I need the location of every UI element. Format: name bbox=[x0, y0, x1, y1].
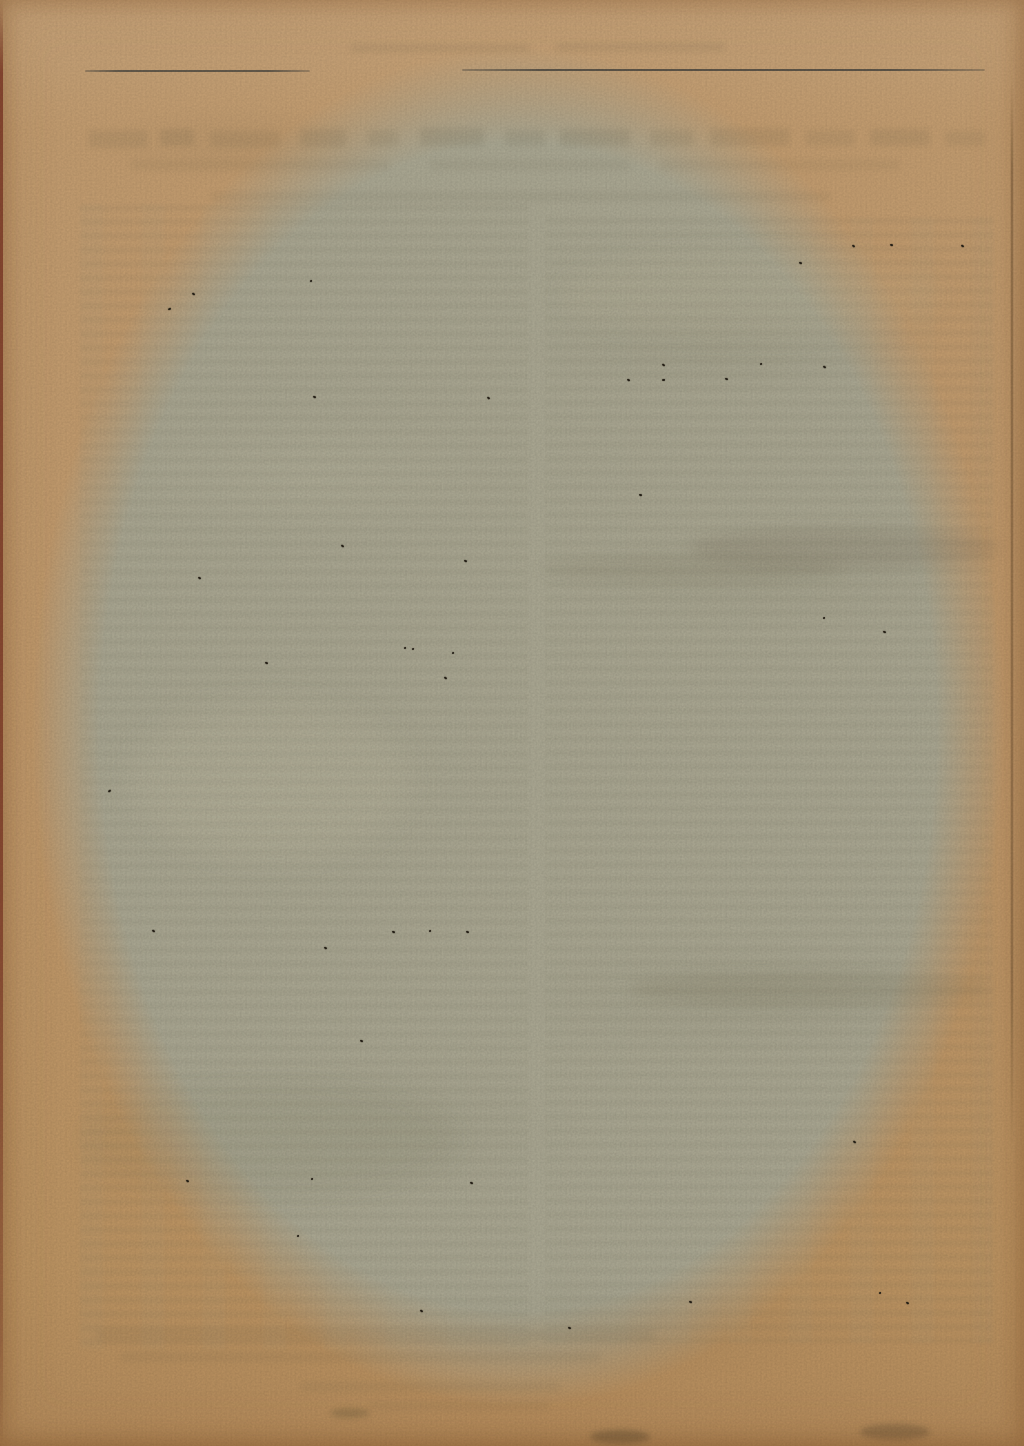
ink-speck bbox=[404, 647, 406, 649]
ink-speck bbox=[464, 559, 468, 562]
ink-speck bbox=[313, 395, 317, 398]
ink-speck bbox=[444, 676, 448, 679]
horizontal-rule bbox=[85, 70, 310, 72]
faded-text-fragment bbox=[370, 1402, 550, 1410]
paper-stain bbox=[630, 972, 990, 1006]
ink-speck bbox=[879, 1292, 881, 1294]
faded-text-fragment bbox=[430, 160, 630, 170]
ink-speck bbox=[341, 544, 345, 547]
ink-speck bbox=[853, 1140, 857, 1143]
ghost-text-column bbox=[80, 205, 528, 1350]
faded-text-fragment bbox=[555, 43, 725, 51]
ink-speck bbox=[429, 930, 431, 932]
ink-speck bbox=[420, 1309, 424, 1312]
ink-speck bbox=[568, 1326, 572, 1329]
faded-text-fragment bbox=[505, 130, 545, 146]
ink-speck bbox=[192, 292, 196, 295]
ink-speck bbox=[823, 617, 825, 619]
ink-speck bbox=[627, 378, 631, 381]
paper-stain bbox=[80, 1080, 460, 1200]
ink-speck bbox=[689, 1300, 693, 1303]
ink-speck bbox=[311, 1178, 313, 1180]
horizontal-rule bbox=[462, 69, 985, 71]
ink-speck bbox=[662, 363, 666, 366]
ink-speck bbox=[392, 930, 396, 933]
faded-text-fragment bbox=[350, 44, 530, 52]
paper-stain bbox=[860, 1424, 930, 1440]
faded-text-fragment bbox=[160, 129, 194, 146]
ink-speck bbox=[297, 1235, 299, 1237]
faded-text-fragment bbox=[300, 129, 346, 147]
faded-text-fragment bbox=[88, 130, 148, 148]
scanned-document-page bbox=[0, 0, 1024, 1446]
ink-speck bbox=[152, 929, 156, 932]
ink-speck bbox=[186, 1179, 190, 1182]
ink-speck bbox=[961, 244, 965, 247]
ink-speck bbox=[823, 365, 827, 368]
faded-text-fragment bbox=[210, 131, 280, 147]
ghost-text-column bbox=[545, 218, 993, 1343]
ink-speck bbox=[799, 261, 803, 264]
faded-text-fragment bbox=[130, 160, 390, 170]
paper-stain bbox=[560, 250, 940, 340]
left-edge-binding-mark bbox=[0, 0, 3, 1446]
page-edge-shadow bbox=[1011, 84, 1013, 1144]
ink-speck bbox=[487, 396, 491, 400]
faded-text-fragment bbox=[660, 160, 900, 170]
paper-stain bbox=[690, 528, 1000, 568]
faded-text-fragment bbox=[95, 1330, 655, 1340]
faded-text-fragment bbox=[805, 130, 855, 146]
ink-speck bbox=[639, 494, 643, 497]
ink-speck bbox=[108, 789, 112, 792]
ink-speck bbox=[883, 630, 887, 633]
faded-text-fragment bbox=[420, 128, 484, 146]
faded-text-fragment bbox=[120, 1352, 600, 1362]
paper-stain bbox=[540, 556, 840, 582]
paper-stain bbox=[130, 700, 410, 860]
ink-speck bbox=[906, 1301, 910, 1304]
faded-text-fragment bbox=[210, 192, 830, 201]
ink-speck bbox=[852, 244, 856, 248]
ink-speck bbox=[265, 661, 269, 664]
faded-text-fragment bbox=[300, 1382, 560, 1391]
ink-speck bbox=[760, 363, 762, 365]
ink-speck bbox=[324, 946, 328, 949]
faded-text-fragment bbox=[870, 129, 930, 146]
ink-speck bbox=[470, 1181, 474, 1184]
ink-speck bbox=[466, 930, 470, 933]
ink-speck bbox=[168, 308, 172, 311]
faded-text-fragment bbox=[650, 130, 694, 146]
paper-stain bbox=[330, 1408, 370, 1418]
faded-text-fragment bbox=[560, 129, 630, 146]
faded-text-fragment bbox=[945, 131, 985, 146]
faded-text-fragment bbox=[710, 128, 790, 146]
ink-speck bbox=[412, 648, 414, 650]
artifact-layer bbox=[0, 0, 1024, 1446]
ink-speck bbox=[890, 244, 894, 247]
ink-speck bbox=[198, 576, 202, 579]
ink-speck bbox=[360, 1039, 364, 1042]
ink-speck bbox=[662, 379, 665, 381]
ink-speck bbox=[725, 377, 729, 380]
ink-speck bbox=[310, 280, 312, 282]
faded-text-fragment bbox=[368, 130, 398, 146]
ink-speck bbox=[452, 652, 454, 654]
paper-stain bbox=[590, 1430, 650, 1444]
